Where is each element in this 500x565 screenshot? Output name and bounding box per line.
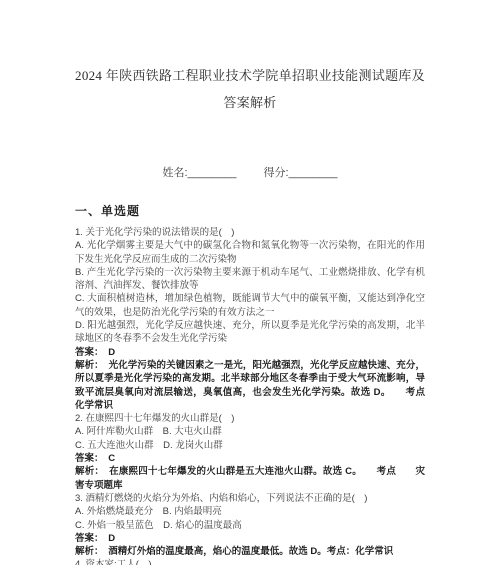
question-stem: 1. 关于光化学污染的说法错误的是( ) bbox=[75, 226, 425, 239]
option-line: A. 阿什库勒火山群 B. 大屯火山群 bbox=[75, 425, 425, 438]
analysis-line: 解析： 光化学污染的关键因素之一是光，阳光越强烈，光化学反应越快速、充分，所以夏… bbox=[75, 359, 425, 412]
page-content: 2024 年陕西铁路工程职业技术学院单招职业技能测试题库及答案解析 姓名:___… bbox=[0, 0, 500, 565]
option-line: C. 大面积植树造林，增加绿色植物，既能调节大气中的碳氧平衡，又能达到净化空气的… bbox=[75, 292, 425, 319]
option-line: A. 外焰燃烧最充分 B. 内焰最明亮 bbox=[75, 505, 425, 518]
option-line: D. 阳光越强烈，光化学反应越快速、充分，所以夏季是光化学污染的高发期，北半球地… bbox=[75, 319, 425, 346]
answer-line: 答案： C bbox=[75, 452, 425, 465]
score-label: 得分: bbox=[264, 167, 289, 179]
questions-list: 1. 关于光化学污染的说法错误的是( ) A. 光化学烟雾主要是大气中的碳氢化合… bbox=[75, 226, 425, 565]
section-heading: 一、单选题 bbox=[75, 203, 425, 219]
answer-line: 答案： D bbox=[75, 532, 425, 545]
analysis-line: 解析： 在康熙四十七年爆发的火山群是五大连池火山群。故选 C。 考点 灾害专项题… bbox=[75, 465, 425, 492]
answer-line: 答案： D bbox=[75, 346, 425, 359]
document-page: 2024 年陕西铁路工程职业技术学院单招职业技能测试题库及答案解析 姓名:___… bbox=[0, 0, 500, 565]
question-stem: 2. 在康熙四十七年爆发的火山群是( ) bbox=[75, 412, 425, 425]
score-blank: ________ bbox=[289, 167, 338, 179]
name-score-row: 姓名:________得分:________ bbox=[75, 166, 425, 181]
analysis-line: 解析： 酒精灯外焰的温度最高，焰心的温度最低。故选 D。考点：化学常识 bbox=[75, 545, 425, 558]
name-blank: ________ bbox=[188, 167, 237, 179]
document-title: 2024 年陕西铁路工程职业技术学院单招职业技能测试题库及答案解析 bbox=[75, 62, 425, 116]
option-line: C. 外焰一般呈蓝色 D. 焰心的温度最高 bbox=[75, 519, 425, 532]
option-line: A. 光化学烟雾主要是大气中的碳氢化合物和氮氧化物等一次污染物，在阳光的作用下发… bbox=[75, 239, 425, 266]
question-stem: 4. 资本家:工人( ) bbox=[75, 558, 425, 565]
option-line: B. 产生光化学污染的一次污染物主要来源于机动车尾气、工业燃烧排放、化学有机溶剂… bbox=[75, 266, 425, 293]
question-stem: 3. 酒精灯燃烧的火焰分为外焰、内焰和焰心，下列说法不正确的是( ) bbox=[75, 492, 425, 505]
option-line: C. 五大连池火山群 D. 龙岗火山群 bbox=[75, 439, 425, 452]
name-label: 姓名: bbox=[162, 167, 187, 179]
